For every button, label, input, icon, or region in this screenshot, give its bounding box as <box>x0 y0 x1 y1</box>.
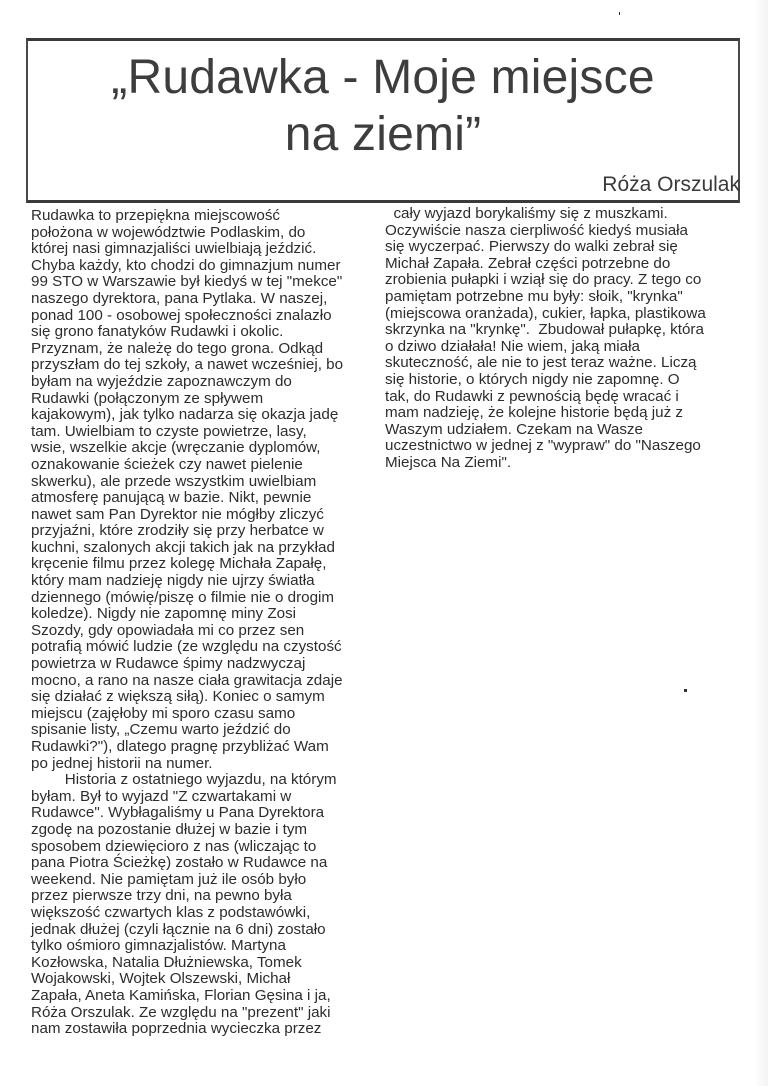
text-line: pana Piotra Ścieżkę) zostało w Rudawce n… <box>31 855 343 872</box>
scan-page-edge <box>754 0 768 1086</box>
article-author: Róża Orszulak <box>602 173 740 197</box>
right-column: cały wyjazd borykaliśmy się z muszkami.O… <box>385 206 706 472</box>
text-line: przyjaźni, które zrodziły się przy herba… <box>31 523 343 540</box>
text-line: nawet sam Pan Dyrektor nie mógłby zliczy… <box>31 507 343 524</box>
text-line: tylko ośmioro gimnazjalistów. Martyna <box>31 938 343 955</box>
text-line: byłam. Był to wyjazd "Z czwartakami w <box>31 789 343 806</box>
text-line: oznakowanie ścieżek czy nawet pielenie <box>31 457 343 474</box>
text-line: (miejscowa oranżada), cukier, łapka, pla… <box>385 306 706 323</box>
article-title: „Rudawka - Moje miejsce na ziemi” <box>28 49 738 163</box>
text-line: o dziwo działała! Nie wiem, jaką miała <box>385 339 706 356</box>
text-line: przyszłam do tej szkoły, a nawet wcześni… <box>31 357 343 374</box>
text-line: Wojakowski, Wojtek Olszewski, Michał <box>31 971 343 988</box>
text-line: zgodę na pozostanie dłużej w bazie i tym <box>31 822 343 839</box>
text-line: większość czwartych klas z podstawówki, <box>31 905 343 922</box>
text-line: cały wyjazd borykaliśmy się z muszkami. <box>385 206 706 223</box>
text-line: Michał Zapała. Zebrał części potrzebne d… <box>385 256 706 273</box>
left-column: Rudawka to przepiękna miejscowośćpołożon… <box>31 208 343 1038</box>
text-line: Oczywiście nasza cierpliwość kiedyś musi… <box>385 223 706 240</box>
text-line: wsie, wszelkie akcje (wręczanie dyplomów… <box>31 440 343 457</box>
text-line: koledze). Nigdy nie zapomnę miny Zosi <box>31 606 343 623</box>
text-line: mocno, a rano na nasze ciała grawitacja … <box>31 673 343 690</box>
text-line: przez pierwsze trzy dni, na pewno była <box>31 888 343 905</box>
text-line: miejscu (zajęłoby mi sporo czasu samo <box>31 706 343 723</box>
text-line: Rudawki?"), dlatego pragnę przybliżać Wa… <box>31 739 343 756</box>
text-line: położona w województwie Podlaskim, do <box>31 225 343 242</box>
text-line: Przyznam, że należę do tego grona. Odkąd <box>31 341 343 358</box>
scan-speck <box>684 689 687 692</box>
text-line: się wyczerpać. Pierwszy do walki zebrał … <box>385 239 706 256</box>
text-line: Szozdy, gdy opowiadała mi co przez sen <box>31 623 343 640</box>
text-line: kuchni, szalonych akcji takich jak na pr… <box>31 540 343 557</box>
text-line: tam. Uwielbiam to czyste powietrze, lasy… <box>31 424 343 441</box>
title-line-2: na ziemi” <box>28 106 738 163</box>
text-line: skrzynka na "krynkę". Zbudował pułapkę, … <box>385 322 706 339</box>
text-line: po jednej historii na numer. <box>31 756 343 773</box>
text-line: byłam na wyjeździe zapoznawczym do <box>31 374 343 391</box>
text-line: potrafią mówić ludzie (ze względu na czy… <box>31 639 343 656</box>
text-line: atmosferę panującą w bazie. Nikt, pewnie <box>31 490 343 507</box>
text-line: Chyba każdy, kto chodzi do gimnazjum num… <box>31 258 343 275</box>
text-line: jednak dłużej (czyli łącznie na 6 dni) z… <box>31 922 343 939</box>
text-line: pamiętam potrzebne mu były: słoik, "kryn… <box>385 289 706 306</box>
text-line: Rudawka to przepiękna miejscowość <box>31 208 343 225</box>
text-line: Miejsca Na Ziemi". <box>385 455 706 472</box>
text-line: naszego dyrektora, pana Pytlaka. W nasze… <box>31 291 343 308</box>
text-line: mam nadzieję, że kolejne historie będą j… <box>385 405 706 422</box>
text-line: Rudawki (połączonym ze spływem <box>31 391 343 408</box>
scan-speck <box>619 12 620 15</box>
text-line: skwerku), ale przede wszystkim uwielbiam <box>31 474 343 491</box>
text-line: zrobienia pułapki i wziął się do pracy. … <box>385 272 706 289</box>
text-line: sposobem dziewięcioro z nas (wliczając t… <box>31 839 343 856</box>
text-line: nam zostawiła poprzednia wycieczka przez <box>31 1021 343 1038</box>
text-line: się historie, o których nigdy nie zapomn… <box>385 372 706 389</box>
text-line: się działać z większą siłą). Koniec o sa… <box>31 689 343 706</box>
text-line: Kozłowska, Natalia Dłużniewska, Tomek <box>31 955 343 972</box>
text-line: Róża Orszulak. Ze względu na "prezent" j… <box>31 1005 343 1022</box>
text-line: się grono fanatyków Rudawki i okolic. <box>31 324 343 341</box>
text-line: której nasi gimnazjaliści uwielbiają jeź… <box>31 241 343 258</box>
text-line: kręcenie filmu przez kolegę Michała Zapa… <box>31 556 343 573</box>
text-line: dziennego (mówię/piszę o filmie nie o dr… <box>31 590 343 607</box>
text-line: Rudawce". Wybłagaliśmy u Pana Dyrektora <box>31 805 343 822</box>
text-line: ponad 100 - osobowej społeczności znalaz… <box>31 308 343 325</box>
text-line: Waszym udziałem. Czekam na Wasze <box>385 422 706 439</box>
text-line: kajakowym), jak tylko nadarza się okazja… <box>31 407 343 424</box>
title-line-1: „Rudawka - Moje miejsce <box>28 49 738 106</box>
text-line: weekend. Nie pamiętam już ile osób było <box>31 872 343 889</box>
text-line: 99 STO w Warszawie był kiedyś w tej "mek… <box>31 274 343 291</box>
text-line: tak, do Rudawki z pewnością będę wracać … <box>385 389 706 406</box>
title-box: „Rudawka - Moje miejsce na ziemi” Róża O… <box>26 38 740 203</box>
text-line: powietrza w Rudawce śpimy nadzwyczaj <box>31 656 343 673</box>
text-line: uczestnictwo w jednej z "wypraw" do "Nas… <box>385 438 706 455</box>
text-line: Historia z ostatniego wyjazdu, na którym <box>31 772 343 789</box>
text-line: który mam nadzieję nigdy nie ujrzy świat… <box>31 573 343 590</box>
text-line: Zapała, Aneta Kamińska, Florian Gęsina i… <box>31 988 343 1005</box>
text-line: skuteczność, ale nie to jest teraz ważne… <box>385 355 706 372</box>
text-line: spisanie listy, „Czemu warto jeździć do <box>31 722 343 739</box>
